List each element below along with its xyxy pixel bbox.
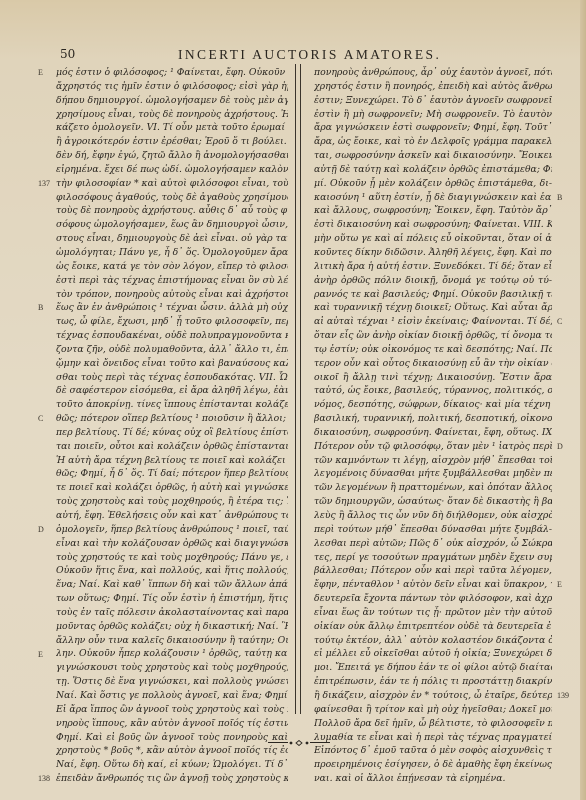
text-line: εἶναι ἕως ἂν τούτων τις ᾖ· πρῶτον μὲν τὴ… bbox=[314, 606, 552, 620]
text-line: Εἰπόντος δ᾽ ἐμοῦ ταῦτα ὁ μὲν σοφὸς αἰσχυ… bbox=[314, 744, 552, 758]
text-line: τούτῳ ἑκτέον, ἀλλ᾽ αὐτὸν κολαστέον δικάζ… bbox=[314, 634, 552, 648]
text-line: Φημί. Καὶ εἰ βοῦς ὢν ἀγνοοῖ τοὺς πονηροὺ… bbox=[56, 731, 288, 745]
text-line: θῶς; Φημί, ἦ δ᾽ ὅς. Τί δαί; πότερον ἥπερ… bbox=[56, 467, 288, 481]
text-line: τε ποιεῖ καὶ κολάζει ὀρθῶς, ἡ αὐτὴ καὶ γ… bbox=[56, 481, 288, 495]
text-line: προειρημένοις ἐσίγησεν, ὁ δὲ ἀμαθὴς ἔφη … bbox=[314, 758, 552, 772]
text-line: χρηστοὺς * βοῦς *, κἂν αὑτὸν ἀγνοοῖ ποῖό… bbox=[56, 744, 288, 758]
text-line: ἄλλην οὖν τινα καλεῖς δικαιοσύνην ἢ ταύτ… bbox=[56, 634, 288, 648]
text-line: θῶς; πότερον οἵπερ βελτίους ¹ ποιοῦσιν ἢ… bbox=[56, 412, 288, 426]
text-line: αἱ αὐταὶ τέχναι ¹ εἰσὶν ἐκείναις; Φαίνον… bbox=[314, 315, 552, 329]
text-line: μὴν οὕτω γε καὶ αἱ πόλεις εὖ οἰκοῦνται, … bbox=[314, 232, 552, 246]
text-line: λιτικὴ ἄρα ἡ αὐτή ἐστιν. Ξυνεδόκει. Τί δ… bbox=[314, 260, 552, 274]
text-line: τῶν καμνόντων τι λέγῃ, αἰσχρὸν μήθ᾽ ἕπεσ… bbox=[314, 454, 552, 468]
text-line: ὁμολογεῖν, ἥπερ βελτίους ἀνθρώπους ¹ ποι… bbox=[56, 523, 288, 537]
margin-note: 137 bbox=[38, 179, 50, 188]
text-line: εἶναι καὶ τὴν κολάζουσαν ὀρθῶς καὶ διαγι… bbox=[56, 537, 288, 551]
margin-note: D bbox=[38, 525, 44, 534]
text-line: ναι. καὶ οἱ ἄλλοι ἐπῄνεσαν τὰ εἰρημένα. bbox=[314, 772, 552, 786]
text-line: Ναί. Καὶ ὅστις γε πολλοὺς ἀγνοεῖ, καὶ ἕν… bbox=[56, 689, 288, 703]
margin-note: E bbox=[38, 650, 43, 659]
text-line: ἄχρηστός τις ἡμῖν ἐστιν ὁ φιλόσοφος; εἰσ… bbox=[56, 80, 288, 94]
text-line: πονηροὺς ἀνθρώπους, ἆρ᾽ οὐχ ἑαυτὸν ἀγνοε… bbox=[314, 66, 552, 80]
text-line: ὡς ἔοικε, κατά γε τὸν σὸν λόγον, εἴπερ τ… bbox=[56, 260, 288, 274]
text-line: καιοσύνη ¹ αὕτη ἐστίν, ᾗ δὲ διαγιγνώσκει… bbox=[314, 191, 552, 205]
text-line: περ βελτίους. Τί δέ; κύνας οὐχ οἳ βελτίο… bbox=[56, 426, 288, 440]
text-line: ραννός τε καὶ βασιλεύς; Φημί. Οὐκοῦν βασ… bbox=[314, 288, 552, 302]
end-ornament bbox=[268, 740, 330, 746]
text-line: δήπου δημιουργοί. ὡμολογήσαμεν δὲ τοὺς μ… bbox=[56, 94, 288, 108]
text-line: περὶ τούτων μήθ᾽ ἕπεσθαι δύνασθαι μήτε ξ… bbox=[314, 523, 552, 537]
text-line: Ἡ αὐτὴ ἄρα τέχνη βελτίους τε ποιεῖ καὶ κ… bbox=[56, 454, 288, 468]
text-line: λεὺς ἢ ἄλλος τις ὧν νῦν δὴ διήλθομεν, οὐ… bbox=[314, 509, 552, 523]
text-line: τὴν φιλοσοφίαν * καὶ αὐτοὶ φιλόσοφοι εἶν… bbox=[56, 177, 288, 191]
margin-note: D bbox=[557, 442, 563, 451]
text-line: οἰκίαν οὐκ ἄλλῳ ἐπιτρεπτέον οὐδὲ τὰ δευτ… bbox=[314, 620, 552, 634]
text-line: λεσθαι περὶ αὐτῶν; Πῶς δ᾽ οὐκ αἰσχρόν, ὦ… bbox=[314, 537, 552, 551]
margin-note: C bbox=[557, 317, 562, 326]
margin-note: 139 bbox=[557, 691, 569, 700]
text-line: τοὺς χρηστούς τε καὶ τοὺς μοχθηρούς; Πάν… bbox=[56, 551, 288, 565]
text-line: δικαιοσύνη, σωφροσύνη. Φαίνεται, ἔφη, οὕ… bbox=[314, 426, 552, 440]
text-line: μοι. Ἔπειτά γε δήπου ἐάν τε οἱ φίλοι αὐτ… bbox=[314, 661, 552, 675]
text-line: κοῦντες δίκην διδῶσιν. Ἀληθῆ λέγεις, ἔφη… bbox=[314, 246, 552, 260]
text-line: ἄρα, ὡς ἔοικε, καὶ τὸ ἐν Δελφοῖς γράμμα … bbox=[314, 135, 552, 149]
text-line: λεγομένοις δύνασθαι μήτε ξυμβάλλεσθαι μη… bbox=[314, 467, 552, 481]
text-line: ἐστὶ δικαιοσύνη καὶ σωφροσύνη; Φαίνεται.… bbox=[314, 218, 552, 232]
text-line: τῃ. Ὅστις δὲ ἕνα γιγνώσκει, καὶ πολλοὺς … bbox=[56, 675, 288, 689]
text-line: οικοῖ ἢ ἄλλῃ τινὶ τέχνῃ; Δικαιοσύνῃ. Ἔστ… bbox=[314, 371, 552, 385]
text-line: μί. Οὐκοῦν ᾗ μὲν κολάζειν ὀρθῶς ἐπιστάμε… bbox=[314, 177, 552, 191]
text-line: μοῦντας ὀρθῶς κολάζει; οὐχ ἡ δικαστική; … bbox=[56, 620, 288, 634]
text-line: τες, περί γε τοσούτων πραγμάτων μηδὲν ἔχ… bbox=[314, 551, 552, 565]
right-text-column: πονηροὺς ἀνθρώπους, ἆρ᾽ οὐχ ἑαυτὸν ἀγνοε… bbox=[314, 66, 552, 786]
text-line: ταὐτό, ὡς ἔοικε, βασιλεύς, τύραννος, πολ… bbox=[314, 384, 552, 398]
text-line: ὅταν εἷς ὢν ἀνὴρ οἰκίαν διοικῇ ὀρθῶς, τί… bbox=[314, 329, 552, 343]
text-line: ἕως ἂν ἐν ἀνθρώποις ¹ τέχναι ὦσιν. ἀλλὰ … bbox=[56, 301, 288, 315]
running-header: 50 INCERTI AUCTORIS AMATORES. bbox=[0, 47, 586, 63]
text-line: Ναί, ἔφη. Οὕτω δὴ καί, εἰ κύων; Ὡμολόγει… bbox=[56, 758, 288, 772]
margin-note: 138 bbox=[38, 774, 50, 783]
text-line: τως, ὦ φίλε, ἔχωσι, μηδ᾽ ᾖ τοῦτο φιλοσοφ… bbox=[56, 315, 288, 329]
text-line: εἰ μέλλει εὖ οἰκεῖσθαι αὐτοῦ ἡ οἰκία; Ξυ… bbox=[314, 647, 552, 661]
text-line: τοὺς δὲ πονηροὺς ἀχρήστους. αὖθις δ᾽ αὖ … bbox=[56, 204, 288, 218]
text-line: ἔφην, πένταθλον ¹ αὐτὸν δεῖν εἶναι καὶ ὕ… bbox=[314, 578, 552, 592]
left-text-column: μός ἐστιν ὁ φιλόσοφος; ¹ Φαίνεται, ἔφη. … bbox=[56, 66, 288, 786]
text-line: βασιλική, τυραννική, πολιτική, δεσποτική… bbox=[314, 412, 552, 426]
text-line: αὐτή, ἔφη. Ἐθελήσεις οὖν καὶ κατ᾽ ἀνθρώπ… bbox=[56, 509, 288, 523]
text-line: τὸν τρόπον, πονηροὺς αὐτοὺς εἶναι καὶ ἀχ… bbox=[56, 288, 288, 302]
text-line: χρηστός ἐστιν ἢ πονηρός, ἐπειδὴ καὶ αὐτὸ… bbox=[314, 80, 552, 94]
text-line: ἐπειδὰν ἄνθρωπός τις ὢν ἀγνοῇ τοὺς χρηστ… bbox=[56, 772, 288, 786]
text-line: δὲ σαφέστερον εἰσόμεθα, εἰ ἄρα ἀληθῆ λέγ… bbox=[56, 384, 288, 398]
text-line: τῳ ἐστίν; οὐκ οἰκονόμος τε καὶ δεσπότης;… bbox=[314, 343, 552, 357]
text-line: εἰρημένα. ἔχει δέ πως ὡδί. ὡμολογήσαμεν … bbox=[56, 163, 288, 177]
text-line: φαίνεσθαι ἢ τρίτον καὶ μὴ οὐχ ἡγεῖσθαι; … bbox=[314, 703, 552, 717]
text-line: δευτερεῖα ἔχοντα πάντων τὸν φιλόσοφον, κ… bbox=[314, 592, 552, 606]
text-line: βάλλεσθαι; Πότερον οὖν καὶ περὶ ταῦτα λέ… bbox=[314, 564, 552, 578]
text-line: ἄρα γιγνώσκειν ἐστὶ σωφρονεῖν; Φημί, ἔφη… bbox=[314, 121, 552, 135]
running-title: INCERTI AUCTORIS AMATORES. bbox=[178, 47, 441, 63]
text-line: ἢ ἀγροικότερόν ἐστιν ἐρέσθαι; Ἐροῦ ὅ τι … bbox=[56, 135, 288, 149]
margin-note: E bbox=[557, 580, 562, 589]
text-line: ἕνα; Ναί. Καὶ καθ᾽ ἵππων δὴ καὶ τῶν ἄλλω… bbox=[56, 578, 288, 592]
column-divider bbox=[295, 64, 301, 714]
text-line: καὶ ἄλλους, σωφροσύνη; Ἔοικεν, ἔφη. Ταὐτ… bbox=[314, 204, 552, 218]
margin-note: B bbox=[557, 193, 562, 202]
text-line: δὲν δή, ἔφην ἐγώ, ζητῶ ἄλλο ἢ ἀνομολογήσ… bbox=[56, 149, 288, 163]
text-line: των οὕτως; Φημί. Τίς οὖν ἐστὶν ἡ ἐπιστήμ… bbox=[56, 592, 288, 606]
text-line: γιγνώσκουσι τοὺς χρηστοὺς καὶ τοὺς μοχθη… bbox=[56, 661, 288, 675]
text-line: ἀνὴρ ὀρθῶς πόλιν διοικῇ, ὄνομά γε τούτῳ … bbox=[314, 274, 552, 288]
text-line: ἐστὶν ἢ μὴ σωφρονεῖν; Μὴ σωφρονεῖν. Τὸ ἑ… bbox=[314, 108, 552, 122]
text-line: τοῦτο ἀποκρίνῃ. τίνες ἵππους ἐπίστανται … bbox=[56, 398, 288, 412]
text-line: ζοντα ζῆν, οὐδὲ πολυμαθοῦντα, ἀλλ᾽ ἄλλο … bbox=[56, 343, 288, 357]
margin-note: B bbox=[38, 303, 43, 312]
margin-note: C bbox=[38, 414, 43, 423]
text-line: ἢ δικάζειν, αἰσχρὸν ἐν * τούτοις, ὦ ἑταῖ… bbox=[314, 689, 552, 703]
text-line: κάζετο ὁμολογεῖν. VI. Τί οὖν μετὰ τοῦτο … bbox=[56, 121, 288, 135]
text-line: ἐστιν; Ξυνεχώρει. Τὸ δ᾽ ἑαυτὸν ἀγνοεῖν σ… bbox=[314, 94, 552, 108]
text-line: τοὺς ἐν ταῖς πόλεσιν ἀκολασταίνοντας καὶ… bbox=[56, 606, 288, 620]
text-line: ται ποιεῖν, οὗτοι καὶ κολάζειν ὀρθῶς ἐπί… bbox=[56, 440, 288, 454]
text-line: σθαι τοὺς περὶ τὰς τέχνας ἐσπουδακότας. … bbox=[56, 371, 288, 385]
page-edge bbox=[580, 0, 586, 800]
text-line: τῶν δημιουργῶν, ὡσαύτως· ὅταν δὲ δικαστὴ… bbox=[314, 495, 552, 509]
text-line: τῶν λεγομένων ἢ πραττομένων, καὶ ὁπόταν … bbox=[314, 481, 552, 495]
text-line: σόφους ὡμολογήσαμεν, ἕως ἂν δημιουργοὶ ὦ… bbox=[56, 218, 288, 232]
text-line: ᾤμην καὶ ὄνειδος εἶναι τοῦτο καὶ βαναύσο… bbox=[56, 357, 288, 371]
text-line: τέχνας ἐσπουδακέναι, οὐδὲ πολυπραγμονοῦν… bbox=[56, 329, 288, 343]
text-line: Πότερον οὖν τῷ φιλοσόφῳ, ὅταν μὲν ¹ ἰατρ… bbox=[314, 440, 552, 454]
text-line: ται, σωφροσύνην ἀσκεῖν καὶ δικαιοσύνην. … bbox=[314, 149, 552, 163]
text-line: χρησίμους εἶναι, τοὺς δὲ πονηροὺς ἀχρήστ… bbox=[56, 108, 288, 122]
text-line: νόμος, δεσπότης, σώφρων, δίκαιος· καὶ μί… bbox=[314, 398, 552, 412]
text-line: Πολλοῦ ἄρα δεῖ ἡμῖν, ὦ βέλτιστε, τὸ φιλο… bbox=[314, 717, 552, 731]
text-line: Οὐκοῦν ἥτις ἕνα, καὶ πολλούς, καὶ ἥτις π… bbox=[56, 564, 288, 578]
text-line: μός ἐστιν ὁ φιλόσοφος; ¹ Φαίνεται, ἔφη. … bbox=[56, 66, 288, 80]
text-line: φιλοσόφους ἀγαθούς, τοὺς δὲ ἀγαθοὺς χρησ… bbox=[56, 191, 288, 205]
margin-note: E bbox=[38, 68, 43, 77]
book-page: 50 INCERTI AUCTORIS AMATORES. μός ἐστιν … bbox=[0, 0, 586, 800]
text-line: λυμαθία τε εἶναι καὶ ἡ περὶ τὰς τέχνας π… bbox=[314, 731, 552, 745]
text-line: ἐπιτρέπωσιν, ἐάν τε ἡ πόλις τι προστάττῃ… bbox=[314, 675, 552, 689]
page-number: 50 bbox=[60, 47, 75, 61]
text-line: ὡμολόγηται; Πάνυ γε, ἦ δ᾽ ὅς. Ὁμολογοῦμε… bbox=[56, 246, 288, 260]
text-line: λην. Οὐκοῦν ἧπερ κολάζουσιν ¹ ὀρθῶς, ταύ… bbox=[56, 647, 288, 661]
text-line: αὐτῇ δὲ ταύτῃ καὶ κολάζειν ὀρθῶς ἐπιστάμ… bbox=[314, 163, 552, 177]
text-line: τερον οὖν καὶ οὗτος δικαιοσύνῃ εὖ ἂν τὴν… bbox=[314, 357, 552, 371]
text-line: Εἰ ἄρα ἵππος ὢν ἀγνοοῖ τοὺς χρηστοὺς καὶ… bbox=[56, 703, 288, 717]
text-line: ἐστὶ περὶ τὰς τέχνας ἐπιστήμονας εἶναι ὃ… bbox=[56, 274, 288, 288]
text-line: καὶ τυραννικῇ τέχνῃ διοικεῖ; Οὕτως. Καὶ … bbox=[314, 301, 552, 315]
text-line: στους εἶναι, δημιουργοὺς δὲ ἀεὶ εἶναι. ο… bbox=[56, 232, 288, 246]
text-line: νηροὺς ἵππους, κἂν αὑτὸν ἀγνοοῖ ποῖός τί… bbox=[56, 717, 288, 731]
text-line: τοὺς χρηστοὺς καὶ τοὺς μοχθηρούς, ἢ ἑτέρ… bbox=[56, 495, 288, 509]
